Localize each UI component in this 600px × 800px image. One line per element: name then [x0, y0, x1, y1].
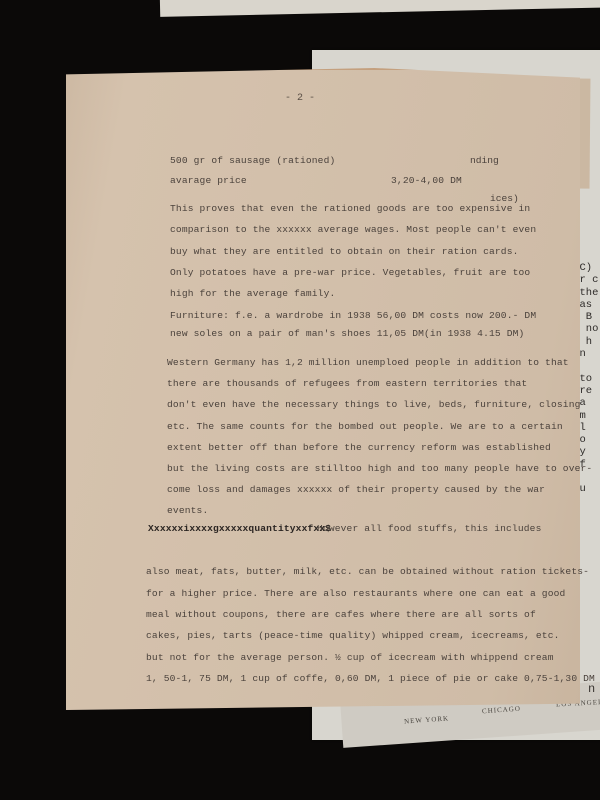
- typed-line: also meat, fats, butter, milk, etc. can …: [146, 566, 589, 577]
- typed-line: come loss and damages xxxxxx of their pr…: [167, 484, 545, 495]
- typed-line: but the living costs are stilltoo high a…: [167, 463, 592, 474]
- overlap-fragment-1: nding: [470, 155, 499, 166]
- typed-line: high for the average family.: [170, 288, 335, 299]
- typed-line: there are thousands of refugees from eas…: [167, 378, 527, 389]
- typed-line: buy what they are entitled to obtain on …: [170, 246, 519, 257]
- background-sheet-top: [160, 0, 600, 17]
- shoes-line: new soles on a pair of man's shoes 11,05…: [170, 328, 524, 339]
- typed-line: Furniture: f.e. a wardrobe in 1938 56,00…: [170, 310, 536, 321]
- typed-line: etc. The same counts for the bombed out …: [167, 421, 563, 432]
- typed-line: for a higher price. There are also resta…: [146, 588, 565, 599]
- typed-line: but not for the average person. ½ cup of…: [146, 652, 554, 663]
- typed-line: meal without coupons, there are cafes wh…: [146, 609, 536, 620]
- typed-line: 1, 50-1, 75 DM, 1 cup of coffe, 0,60 DM,…: [146, 673, 595, 684]
- typed-line: However all food stuffs, this includes: [317, 523, 541, 534]
- typed-line: events.: [167, 505, 208, 516]
- struck-out-text: Xxxxxxixxxxgxxxxxquantityxxfxx$: [148, 523, 331, 534]
- typed-line: Only potatoes have a pre-war price. Vege…: [170, 267, 530, 278]
- page-number: - 2 -: [285, 93, 315, 104]
- price-value: 3,20-4,00 DM: [391, 175, 462, 186]
- typed-line: extent better off than before the curren…: [167, 442, 551, 453]
- typed-line: This proves that even the rationed goods…: [170, 203, 530, 214]
- typed-line: Western Germany has 1,2 million unemploe…: [167, 357, 569, 368]
- price-label: avarage price: [170, 175, 247, 186]
- typed-line: cakes, pies, tarts (peace-time quality) …: [146, 630, 560, 641]
- typed-line: comparison to the xxxxxx average wages. …: [170, 224, 536, 235]
- signature-fragment: n: [588, 682, 595, 696]
- typed-line: don't even have the necessary things to …: [167, 399, 581, 410]
- price-item: 500 gr of sausage (rationed): [170, 155, 335, 166]
